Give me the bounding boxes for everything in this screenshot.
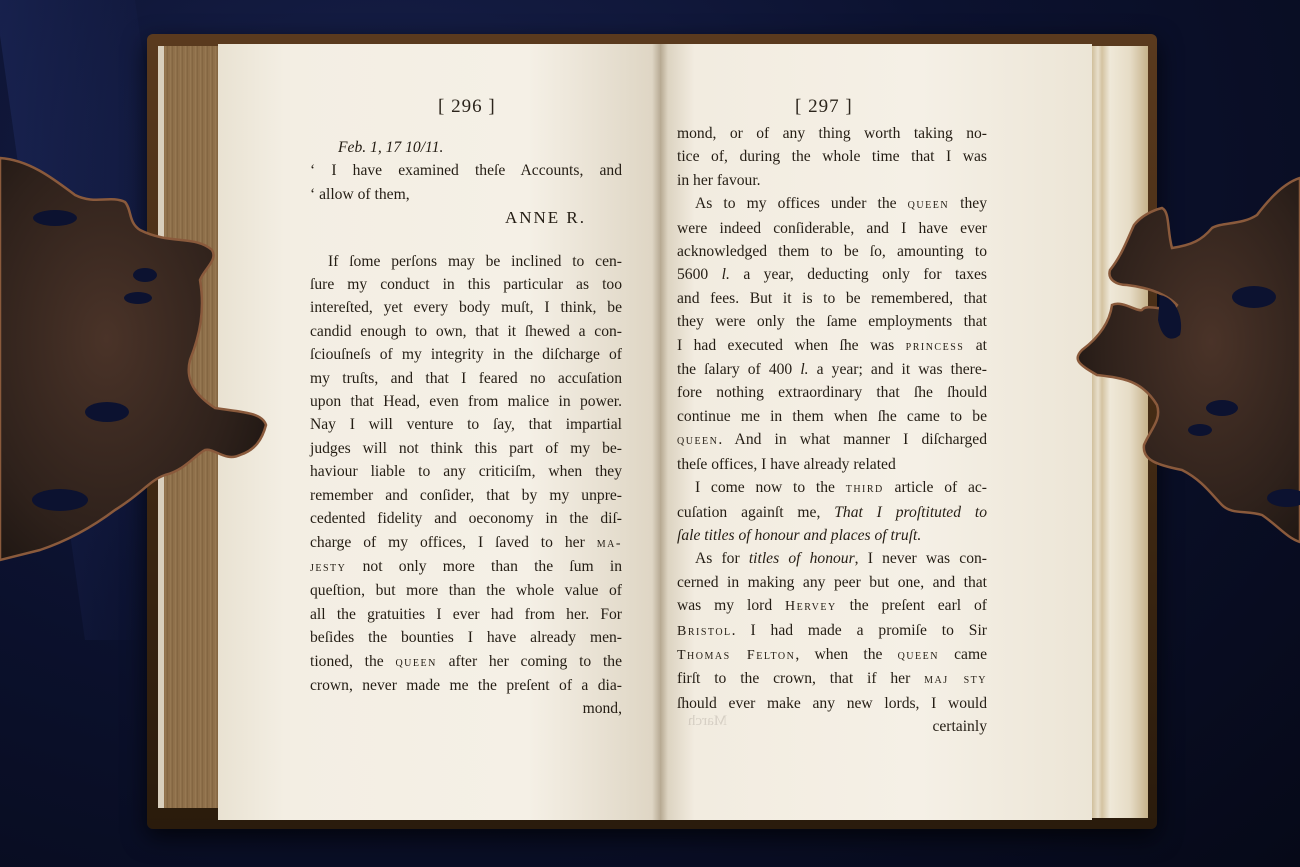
- text-run: at: [964, 337, 987, 354]
- text-line: ſale titles of honour and places of truſ…: [677, 524, 987, 547]
- right-page-text: mond, or of any thing worth taking no- t…: [677, 122, 987, 739]
- text-line: I had executed when ſhe was princess at: [677, 334, 987, 358]
- text-line: Thomas Felton, when the queen came: [677, 643, 987, 667]
- text-line: jesty not only more than the ſum in: [310, 555, 622, 579]
- small-caps-run: Hervey: [785, 599, 837, 614]
- text-run: the ſalary of 400: [677, 361, 800, 378]
- text-line: mond, or of any thing worth taking no-: [677, 122, 987, 145]
- left-page-text: Feb. 1, 17 10/11. ‘ I have examined theſ…: [310, 136, 622, 721]
- text-line: candid enough to own, that it ſhewed a c…: [310, 320, 622, 343]
- quote-line: ‘ allow of them,: [310, 183, 622, 206]
- small-caps-run: queen: [677, 433, 718, 448]
- right-page: [ 297 ] mond, or of any thing worth taki…: [660, 44, 1092, 820]
- text-line: queen. And in what manner I diſcharged: [677, 428, 987, 452]
- small-caps-run: queen: [898, 648, 939, 663]
- page-number-left: [ 296 ]: [438, 96, 496, 118]
- text-line: If ſome perſons may be inclined to cen-: [310, 250, 622, 273]
- text-run: tioned, the: [310, 653, 395, 670]
- text-line: crown, never made me the preſent of a di…: [310, 674, 622, 697]
- text-run: I had executed when ſhe was: [677, 337, 906, 354]
- text-line: they were only the ſame employments that: [677, 310, 987, 333]
- text-run: article of ac-: [884, 479, 987, 496]
- text-line: beſides the bounties I have already men-: [310, 626, 622, 649]
- small-caps-run: Bristol: [677, 624, 732, 639]
- royal-signature: ANNE R.: [310, 206, 622, 229]
- text-line: intereſted, yet every body muſt, I think…: [310, 296, 622, 319]
- italic-run: titles of honour: [749, 550, 855, 567]
- text-line: 5600 l. a year, deducting only for taxes: [677, 263, 987, 286]
- text-run: came: [939, 646, 987, 663]
- italic-run: That I proſtituted to: [834, 504, 987, 521]
- bleed-through-text: March: [688, 713, 727, 730]
- small-caps-run: Thomas Felton: [677, 648, 795, 663]
- page-number-right: [ 297 ]: [795, 96, 853, 118]
- quote-line: ‘ I have examined theſe Accounts, and: [310, 159, 622, 182]
- small-caps-run: third: [846, 481, 884, 496]
- text-line: ſhould ever make any new lords, I would: [677, 692, 987, 715]
- text-line: tice of, during the whole time that I wa…: [677, 145, 987, 168]
- text-run: cuſation againſt me,: [677, 504, 834, 521]
- text-line: charge of my offices, I ſaved to her ma-: [310, 531, 622, 555]
- text-run: after her coming to the: [437, 653, 622, 670]
- catchword: mond,: [310, 697, 622, 720]
- text-line: and fees. But it is to be remembered, th…: [677, 287, 987, 310]
- text-line: fore nothing extraordinary that ſhe ſhou…: [677, 381, 987, 404]
- text-run: a year, deducting only for taxes: [730, 266, 987, 283]
- text-run: not only more than the ſum in: [346, 558, 622, 575]
- text-line: As to my offices under the queen they: [677, 192, 987, 216]
- text-line: ſciouſneſs of my integrity in the diſcha…: [310, 343, 622, 366]
- text-line: I come now to the third article of ac-: [677, 476, 987, 500]
- text-line: ſure my conduct in this particular as to…: [310, 273, 622, 296]
- text-line: theſe offices, I have already related: [677, 453, 987, 476]
- text-line: my truſts, and that I feared no accuſati…: [310, 367, 622, 390]
- text-run: firſt to the crown, that if her: [677, 670, 924, 687]
- text-run: . I had made a promiſe to Sir: [732, 622, 987, 639]
- text-line: the ſalary of 400 l. a year; and it was …: [677, 358, 987, 381]
- text-line: tioned, the queen after her coming to th…: [310, 650, 622, 674]
- left-page: [ 296 ] Feb. 1, 17 10/11. ‘ I have exami…: [218, 44, 661, 820]
- text-line: haviour liable to any criticiſm, when th…: [310, 460, 622, 483]
- text-line: were indeed conſiderable, and I have eve…: [677, 217, 987, 240]
- small-caps-run: queen: [395, 655, 436, 670]
- text-run: . And in what manner I diſcharged: [718, 431, 987, 448]
- text-line: acknowledged them to be ſo, amounting to: [677, 240, 987, 263]
- italic-run: l.: [722, 266, 730, 283]
- text-line: Bristol. I had made a promiſe to Sir: [677, 619, 987, 643]
- text-run: the preſent earl of: [837, 597, 987, 614]
- text-line: upon that Head, even from malice in powe…: [310, 390, 622, 413]
- small-caps-run: ma-: [597, 536, 622, 551]
- text-run: I come now to the: [695, 479, 846, 496]
- text-line: all the gratuities I ever had from her. …: [310, 603, 622, 626]
- text-run: they: [949, 195, 987, 212]
- text-run: , when the: [795, 646, 897, 663]
- text-line: queſtion, but more than the whole value …: [310, 579, 622, 602]
- copper-leaf-weight-icon: [1062, 170, 1300, 550]
- text-line: continue me in them when ſhe came to be: [677, 405, 987, 428]
- text-line: As for titles of honour, I never was con…: [677, 547, 987, 570]
- text-run: 5600: [677, 266, 722, 283]
- left-page-weight[interactable]: [0, 150, 275, 570]
- text-line: cerned in making any peer but one, and t…: [677, 571, 987, 594]
- text-run: was my lord: [677, 597, 785, 614]
- small-caps-run: jesty: [310, 560, 346, 575]
- text-line: was my lord Hervey the preſent earl of: [677, 594, 987, 618]
- small-caps-run: maj sty: [924, 672, 987, 687]
- text-line: cuſation againſt me, That I proſtituted …: [677, 501, 987, 524]
- text-line: in her favour.: [677, 169, 987, 192]
- small-caps-run: queen: [908, 197, 949, 212]
- letter-date: Feb. 1, 17 10/11.: [310, 136, 622, 159]
- text-line: remember and conſider, that by my unpre-: [310, 484, 622, 507]
- text-run: As for: [695, 550, 749, 567]
- right-page-weight[interactable]: [1062, 170, 1300, 550]
- text-line: cedented fidelity and oeconomy in the di…: [310, 507, 622, 530]
- copper-leaf-weight-icon: [0, 150, 275, 570]
- text-run: a year; and it was there-: [809, 361, 987, 378]
- text-line: judges will not think this part of my be…: [310, 437, 622, 460]
- text-line: Nay I will venture to ſay, that impartia…: [310, 413, 622, 436]
- text-line: firſt to the crown, that if her maj sty: [677, 667, 987, 691]
- italic-run: l.: [800, 361, 808, 378]
- text-run: charge of my offices, I ſaved to her: [310, 534, 597, 551]
- text-run: As to my offices under the: [695, 195, 908, 212]
- text-run: , I never was con-: [855, 550, 987, 567]
- small-caps-run: princess: [906, 339, 965, 354]
- book-gutter: [652, 44, 668, 820]
